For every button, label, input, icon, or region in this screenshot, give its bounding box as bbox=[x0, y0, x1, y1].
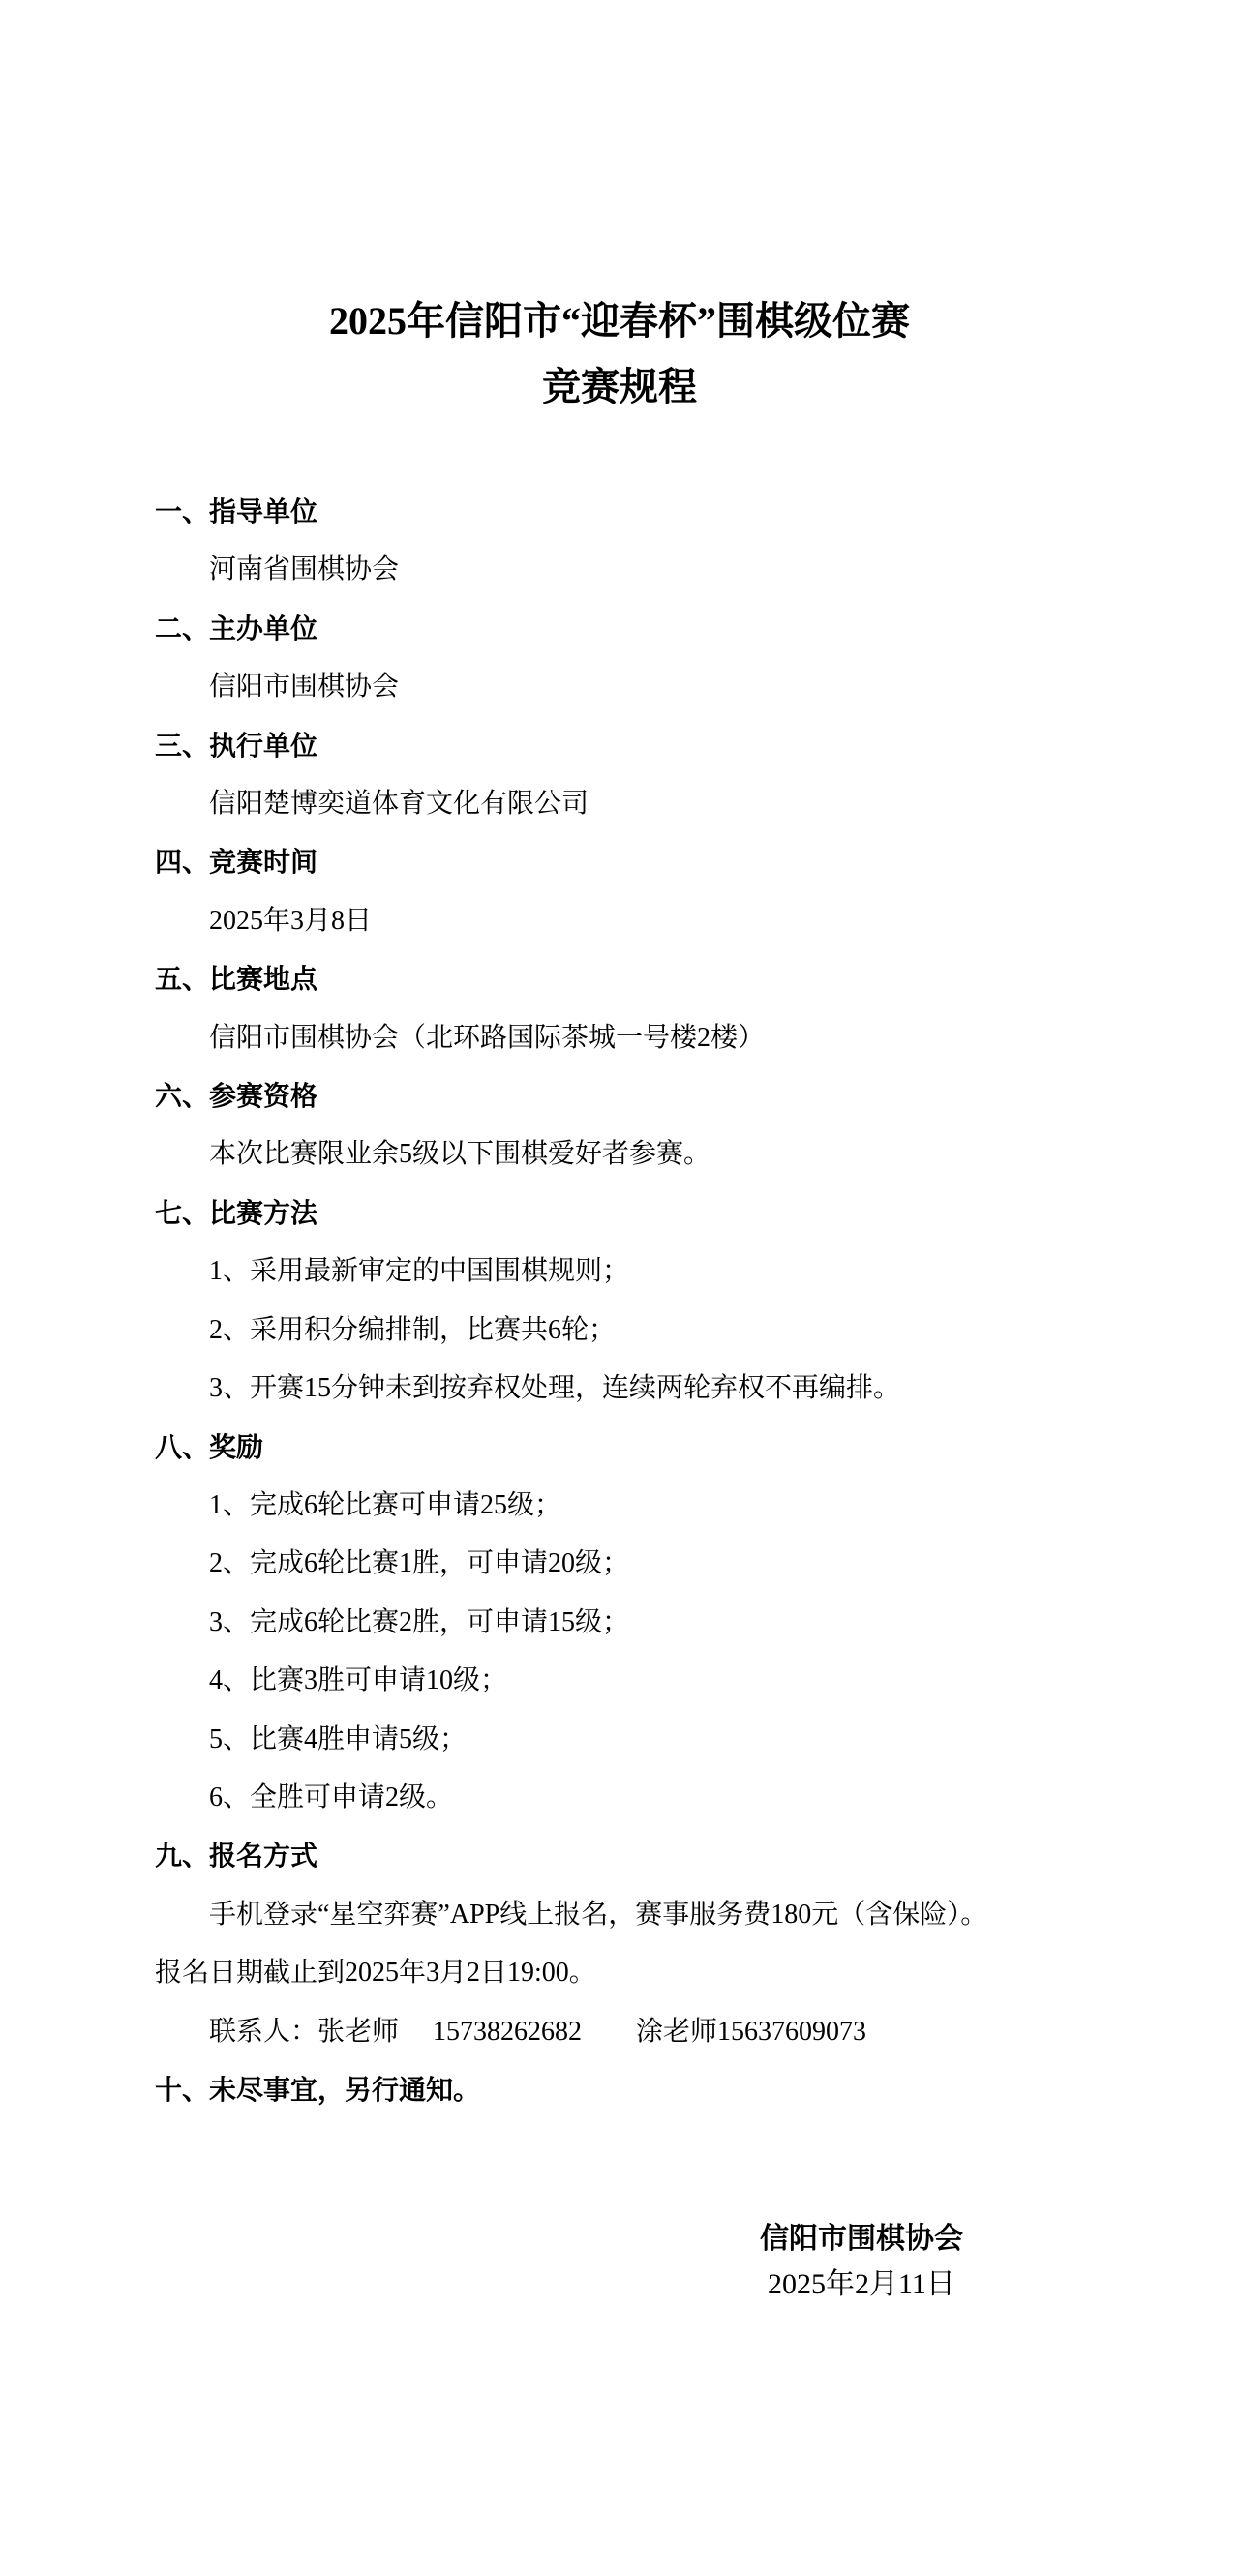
section-heading-executing-unit: 三、执行单位 bbox=[155, 717, 1084, 775]
registration-method-text: 手机登录“星空弈赛”APP线上报名，赛事服务费180元（含保险）。 bbox=[155, 1886, 1084, 1944]
contact-line: 联系人：张老师 15738262682 涂老师15637609073 bbox=[155, 2003, 1084, 2061]
method-item-1: 1、采用最新审定的中国围棋规则； bbox=[155, 1243, 1084, 1301]
registration-deadline-text: 报名日期截止到2025年3月2日19:00。 bbox=[155, 1944, 1084, 2002]
document-title-line2: 竞赛规程 bbox=[0, 354, 1239, 420]
document-body: 一、指导单位 河南省围棋协会 二、主办单位 信阳市围棋协会 三、执行单位 信阳楚… bbox=[0, 483, 1239, 2119]
signature-organization: 信阳市围棋协会 bbox=[619, 2216, 1103, 2262]
eligibility-text: 本次比赛限业余5级以下围棋爱好者参赛。 bbox=[155, 1125, 1084, 1183]
award-item-4: 4、比赛3胜可申请10级； bbox=[155, 1652, 1084, 1710]
award-item-1: 1、完成6轮比赛可申请25级； bbox=[155, 1477, 1084, 1535]
document-title-line1: 2025年信阳市“迎春杯”围棋级位赛 bbox=[0, 288, 1239, 354]
award-item-6: 6、全胜可申请2级。 bbox=[155, 1769, 1084, 1827]
section-heading-method: 七、比赛方法 bbox=[155, 1184, 1084, 1243]
section-heading-competition-time: 四、竞赛时间 bbox=[155, 833, 1084, 891]
award-item-3: 3、完成6轮比赛2胜，可申请15级； bbox=[155, 1594, 1084, 1652]
section-heading-registration: 九、报名方式 bbox=[155, 1827, 1084, 1885]
signature-date: 2025年2月11日 bbox=[619, 2262, 1103, 2307]
executing-unit-value: 信阳楚博奕道体育文化有限公司 bbox=[155, 775, 1084, 833]
document-title-block: 2025年信阳市“迎春杯”围棋级位赛 竞赛规程 bbox=[0, 0, 1239, 420]
method-item-3: 3、开赛15分钟未到按弃权处理，连续两轮弃权不再编排。 bbox=[155, 1360, 1084, 1418]
award-item-5: 5、比赛4胜申请5级； bbox=[155, 1711, 1084, 1769]
method-item-2: 2、采用积分编排制，比赛共6轮； bbox=[155, 1302, 1084, 1360]
venue-value: 信阳市围棋协会（北环路国际茶城一号楼2楼） bbox=[155, 1009, 1084, 1067]
competition-date-value: 2025年3月8日 bbox=[155, 892, 1084, 950]
section-heading-eligibility: 六、参赛资格 bbox=[155, 1067, 1084, 1125]
section-heading-guiding-unit: 一、指导单位 bbox=[155, 483, 1084, 541]
guiding-unit-value: 河南省围棋协会 bbox=[155, 541, 1084, 599]
section-heading-misc: 十、未尽事宜，另行通知。 bbox=[155, 2061, 1084, 2119]
section-heading-awards: 八、奖励 bbox=[155, 1419, 1084, 1477]
document-page: 2025年信阳市“迎春杯”围棋级位赛 竞赛规程 一、指导单位 河南省围棋协会 二… bbox=[0, 0, 1239, 2576]
section-heading-host-unit: 二、主办单位 bbox=[155, 600, 1084, 658]
signature-block: 信阳市围棋协会 2025年2月11日 bbox=[619, 2216, 1103, 2307]
host-unit-value: 信阳市围棋协会 bbox=[155, 658, 1084, 716]
award-item-2: 2、完成6轮比赛1胜，可申请20级； bbox=[155, 1535, 1084, 1593]
section-heading-venue: 五、比赛地点 bbox=[155, 950, 1084, 1008]
